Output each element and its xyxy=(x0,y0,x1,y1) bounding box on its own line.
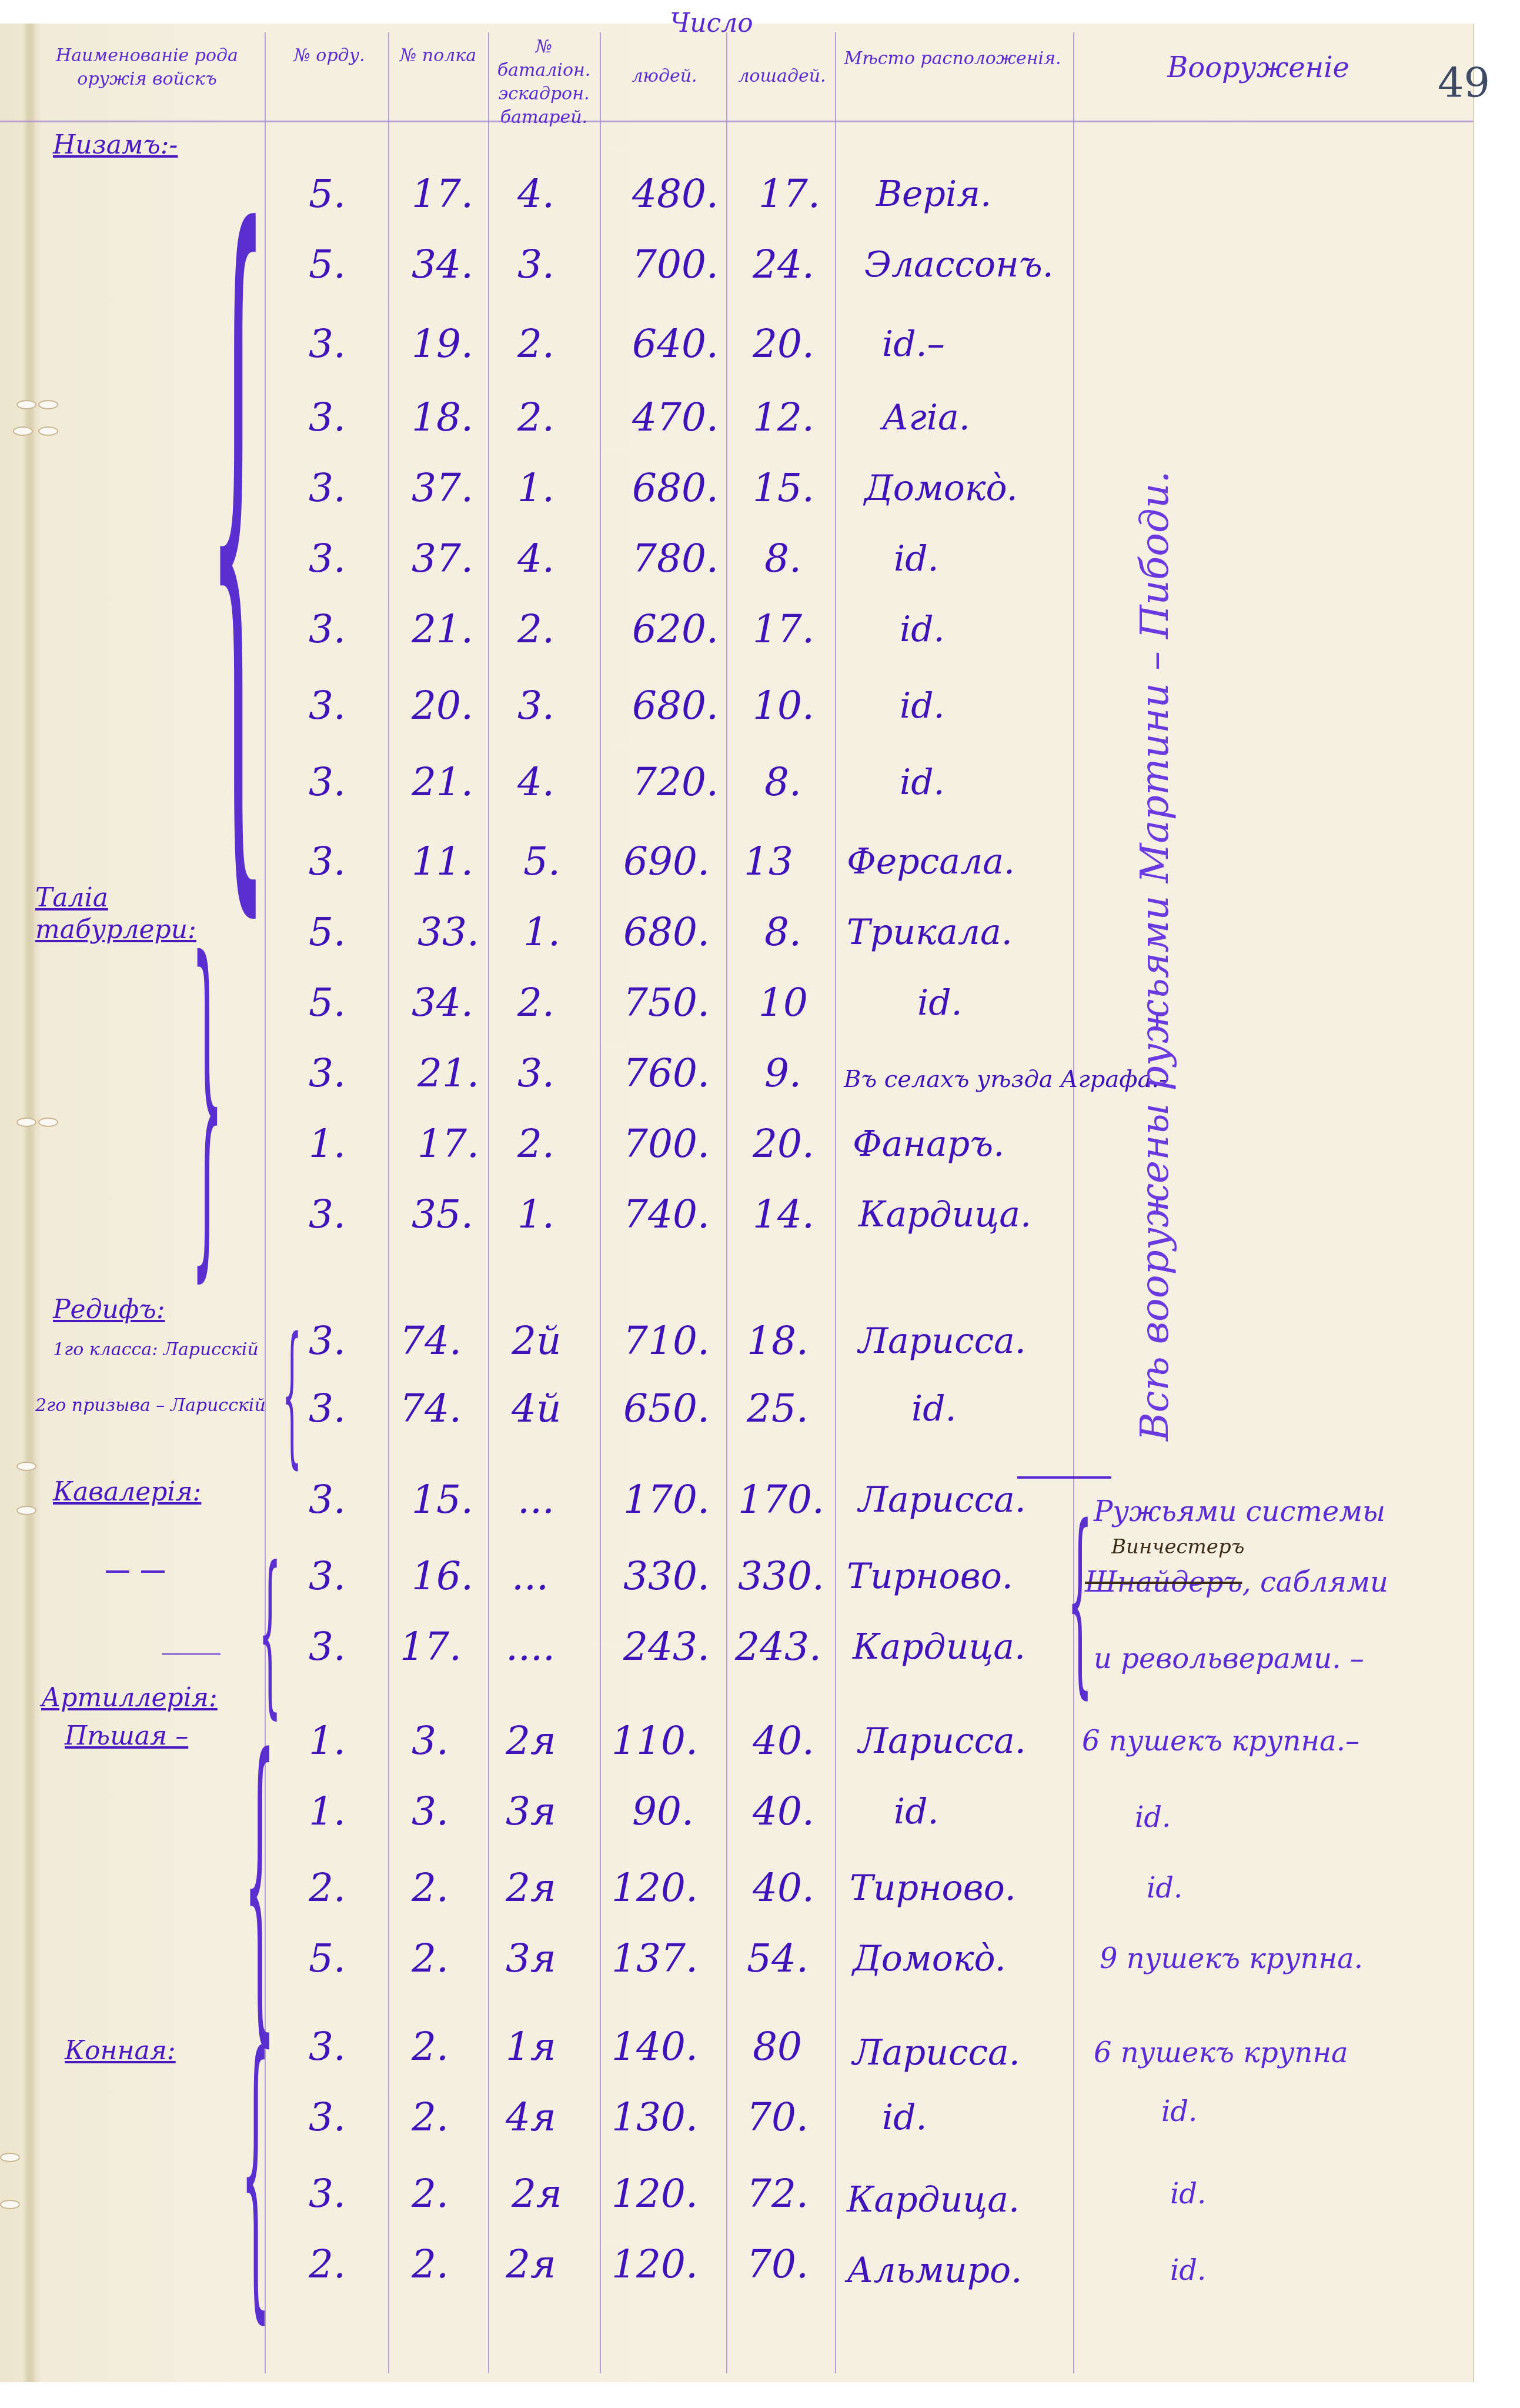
cell-battalion: 5. xyxy=(523,838,560,885)
cell-armament: id. xyxy=(1161,2094,1197,2129)
cell-ordu: 3. xyxy=(309,1476,346,1523)
column-rule xyxy=(1073,32,1074,2373)
punch-hole xyxy=(13,426,33,436)
cell-regiment: 17. xyxy=(417,1120,479,1168)
cell-place: Кардица. xyxy=(847,2176,1020,2223)
cell-ordu: 3. xyxy=(309,606,346,653)
cell-regiment: 19. xyxy=(412,321,473,368)
cell-ordu: 3. xyxy=(309,682,346,729)
cell-place: id.– xyxy=(882,321,945,368)
brace-horse-artillery: { xyxy=(241,2017,270,2323)
cell-ordu: 3. xyxy=(309,2094,346,2141)
cell-battalion: 2. xyxy=(517,321,554,368)
cell-horses: 70. xyxy=(747,2241,809,2288)
cell-battalion: 4. xyxy=(517,171,554,218)
cell-place: Ларисса. xyxy=(853,2029,1020,2076)
cell-ordu: 3. xyxy=(309,2170,346,2217)
section-label-cavalry: Кавалерія: xyxy=(53,1476,201,1508)
cell-armament: 6 пушекъ крупна xyxy=(1094,2035,1348,2070)
header-battalion-no: № баталіон. эскадрон. батарей. xyxy=(494,35,594,129)
header-count-title: Число xyxy=(623,12,800,35)
cell-men: 120. xyxy=(612,2170,698,2217)
punch-hole xyxy=(16,1462,36,1471)
cell-regiment: 2. xyxy=(412,2170,449,2217)
cell-place: Въ селахъ уѣзда Аграфа.- xyxy=(844,1056,1167,1103)
cell-battalion: 2. xyxy=(517,1120,554,1168)
cell-place: Ферсала. xyxy=(847,838,1015,885)
cell-ordu: 3. xyxy=(309,1191,346,1238)
cell-armament: id. xyxy=(1135,1800,1171,1835)
cell-horses: 10 xyxy=(759,979,808,1026)
armament-divider xyxy=(1017,1476,1111,1479)
cell-place: id. xyxy=(894,1788,939,1835)
cell-battalion: 2я xyxy=(506,1865,556,1912)
cell-place: Ларисса. xyxy=(858,1318,1026,1365)
cell-place: Домокò. xyxy=(864,465,1018,512)
cell-regiment: 17. xyxy=(412,171,473,218)
cell-horses: 15. xyxy=(753,465,814,512)
cell-place: id. xyxy=(900,606,945,653)
cell-men: 110. xyxy=(612,1717,698,1765)
redif-sublabel-1: 1го класса: Ларисскій xyxy=(53,1338,259,1362)
cell-place: id. xyxy=(894,535,939,582)
cell-battalion: 2я xyxy=(506,1717,556,1765)
cell-men: 620. xyxy=(632,606,719,653)
cell-regiment: 34. xyxy=(412,241,473,288)
cell-regiment: 2. xyxy=(412,2241,449,2288)
cell-men: 750. xyxy=(623,979,710,1026)
cell-place: Кардица. xyxy=(858,1191,1031,1238)
cell-horses: 80 xyxy=(753,2023,802,2070)
cell-battalion: 2. xyxy=(517,394,554,441)
cell-horses: 40. xyxy=(753,1717,814,1765)
cell-horses: 20. xyxy=(753,321,814,368)
cell-men: 780. xyxy=(632,535,719,582)
cell-men: 330. xyxy=(623,1553,710,1600)
cell-regiment: 2. xyxy=(412,1935,449,1982)
cavalry-armament-line1: Ружьями системы xyxy=(1094,1494,1385,1529)
infantry-armament-vertical-note: Всѣ вооружены ружьями Мартини – Пибоди. xyxy=(1132,471,1177,1441)
cell-men: 680. xyxy=(632,465,719,512)
header-location: Мѣсто расположенія. xyxy=(841,47,1064,71)
cell-men: 480. xyxy=(632,171,719,218)
cell-regiment: 74. xyxy=(400,1385,462,1432)
cell-horses: 40. xyxy=(753,1788,814,1835)
cell-men: 700. xyxy=(632,241,719,288)
cell-horses: 17. xyxy=(759,171,820,218)
cell-battalion: 3я xyxy=(506,1788,556,1835)
punch-hole xyxy=(38,426,58,436)
ditto-dash xyxy=(162,1653,221,1655)
cell-ordu: 3. xyxy=(309,465,346,512)
cell-horses: 330. xyxy=(738,1553,824,1600)
cell-ordu: 3. xyxy=(309,2023,346,2070)
cell-ordu: 3. xyxy=(309,838,346,885)
cell-battalion: 1. xyxy=(517,465,554,512)
cell-regiment: 15. xyxy=(412,1476,473,1523)
cell-men: 700. xyxy=(623,1120,710,1168)
cell-men: 137. xyxy=(612,1935,698,1982)
cell-ordu: 5. xyxy=(309,979,346,1026)
cell-place: id. xyxy=(882,2094,927,2141)
cell-place: Агіа. xyxy=(882,394,970,441)
cell-horses: 20. xyxy=(753,1120,814,1168)
cell-horses: 17. xyxy=(753,606,814,653)
column-rule xyxy=(600,32,601,2373)
cell-horses: 8. xyxy=(764,909,801,956)
cell-regiment: 16. xyxy=(412,1553,473,1600)
cell-place: Фанаръ. xyxy=(853,1120,1004,1168)
cell-men: 710. xyxy=(623,1318,710,1365)
cell-men: 130. xyxy=(612,2094,698,2141)
cell-regiment: 37. xyxy=(412,535,473,582)
cell-ordu: 3. xyxy=(309,1623,346,1670)
cell-ordu: 3. xyxy=(309,394,346,441)
cell-men: 720. xyxy=(632,759,719,806)
cell-place: Ларисса. xyxy=(858,1717,1026,1765)
punch-hole xyxy=(0,2153,20,2162)
cell-ordu: 1. xyxy=(309,1120,346,1168)
cell-battalion: ... xyxy=(512,1553,549,1600)
cell-battalion: 1. xyxy=(517,1191,554,1238)
cell-place: Кардица. xyxy=(853,1623,1025,1670)
cell-regiment: 35. xyxy=(412,1191,473,1238)
cell-place: Альмиро. xyxy=(847,2247,1022,2294)
header-ordu-no: № орду. xyxy=(276,44,382,68)
cell-regiment: 21. xyxy=(417,1050,479,1097)
cavalry-armament-correction: Винчестеръ xyxy=(1111,1535,1244,1559)
cell-place: Тирново. xyxy=(850,1865,1016,1912)
cell-ordu: 3. xyxy=(309,759,346,806)
cell-battalion: 3. xyxy=(517,1050,554,1097)
cell-battalion: 3. xyxy=(517,241,554,288)
cell-horses: 24. xyxy=(753,241,814,288)
cell-ordu: 3. xyxy=(309,1553,346,1600)
cell-ordu: 3. xyxy=(309,321,346,368)
cell-horses: 14. xyxy=(753,1191,814,1238)
cell-place: Домокò. xyxy=(853,1935,1006,1982)
cell-horses: 243. xyxy=(735,1623,821,1670)
cell-battalion: 4й xyxy=(512,1385,562,1432)
punch-hole xyxy=(16,1118,36,1127)
cell-ordu: 1. xyxy=(309,1788,346,1835)
brace-talia: { xyxy=(191,918,223,1282)
cell-men: 740. xyxy=(623,1191,710,1238)
armament-text: , саблями xyxy=(1242,1566,1388,1599)
cell-ordu: 2. xyxy=(309,2241,346,2288)
cell-men: 120. xyxy=(612,1865,698,1912)
cell-battalion: 2. xyxy=(517,979,554,1026)
cell-ordu: 3. xyxy=(309,1385,346,1432)
cell-men: 120. xyxy=(612,2241,698,2288)
cell-battalion: 4. xyxy=(517,535,554,582)
cell-horses: 10. xyxy=(753,682,814,729)
cell-men: 90. xyxy=(632,1788,694,1835)
cell-battalion: 2. xyxy=(517,606,554,653)
column-rule xyxy=(488,32,489,2373)
cell-horses: 70. xyxy=(747,2094,809,2141)
page-number: 49 xyxy=(1438,59,1490,107)
cell-men: 243. xyxy=(623,1623,710,1670)
section-label-redif: Редифъ: xyxy=(53,1294,165,1326)
cell-horses: 12. xyxy=(753,394,814,441)
cell-regiment: 21. xyxy=(412,606,473,653)
column-rule xyxy=(835,32,836,2373)
cell-armament: id. xyxy=(1170,2176,1206,2212)
cell-ordu: 3. xyxy=(309,535,346,582)
cell-regiment: 74. xyxy=(400,1318,462,1365)
cell-regiment: 37. xyxy=(412,465,473,512)
cell-battalion: 2я xyxy=(512,2170,562,2217)
section-label-horse-artillery: Конная: xyxy=(65,2035,176,2067)
struck-word: Шнайдеръ xyxy=(1085,1566,1242,1599)
section-label-artillery: Артиллерія: xyxy=(41,1682,218,1714)
punch-hole xyxy=(16,400,36,409)
cell-place: id. xyxy=(917,979,963,1026)
redif-sublabel-2: 2го призыва – Ларисскій xyxy=(35,1394,266,1418)
cell-regiment: 18. xyxy=(412,394,473,441)
cavalry-armament-line2: Шнайдеръ, саблями xyxy=(1085,1565,1388,1600)
cell-horses: 8. xyxy=(764,759,801,806)
cell-place: id. xyxy=(911,1385,957,1432)
cell-ordu: 1. xyxy=(309,1717,346,1765)
cell-regiment: 17. xyxy=(400,1623,462,1670)
punch-hole xyxy=(16,1506,36,1515)
punch-hole xyxy=(38,400,58,409)
cell-battalion: 4я xyxy=(506,2094,556,2141)
cell-horses: 40. xyxy=(753,1865,814,1912)
cell-horses: 13 xyxy=(744,838,793,885)
cell-regiment: 2. xyxy=(412,1865,449,1912)
cell-armament: 9 пушекъ крупна. xyxy=(1100,1941,1363,1976)
cell-ordu: 5. xyxy=(309,1935,346,1982)
cell-ordu: 5. xyxy=(309,909,346,956)
cell-battalion: ... xyxy=(517,1476,554,1523)
cell-men: 680. xyxy=(623,909,710,956)
punch-hole xyxy=(38,1118,58,1127)
brace-nizam: { xyxy=(209,147,267,912)
cell-men: 640. xyxy=(632,321,719,368)
cell-men: 690. xyxy=(623,838,710,885)
cell-regiment: 2. xyxy=(412,2094,449,2141)
cell-armament: id. xyxy=(1170,2253,1206,2288)
header-men: людей. xyxy=(606,65,723,88)
column-rule xyxy=(726,32,727,2373)
cell-place: Ларисса. xyxy=(858,1476,1026,1523)
cell-regiment: 21. xyxy=(412,759,473,806)
cell-horses: 170. xyxy=(738,1476,824,1523)
cell-men: 680. xyxy=(632,682,719,729)
section-label-nizam: Низамъ:- xyxy=(53,129,178,161)
ditto-dash xyxy=(141,1570,165,1573)
binding-fold xyxy=(22,24,35,2382)
cell-armament: 6 пушекъ крупна.– xyxy=(1082,1723,1359,1759)
cell-horses: 9. xyxy=(764,1050,801,1097)
cell-men: 470. xyxy=(632,394,719,441)
ditto-dash xyxy=(106,1570,129,1573)
cell-ordu: 5. xyxy=(309,241,346,288)
cell-men: 170. xyxy=(623,1476,710,1523)
cell-battalion: .... xyxy=(506,1623,555,1670)
cell-place: id. xyxy=(900,682,945,729)
cell-place: Верія. xyxy=(876,171,991,218)
cell-men: 760. xyxy=(623,1050,710,1097)
cell-place: Элассонъ. xyxy=(864,241,1054,288)
cell-horses: 8. xyxy=(764,535,801,582)
brace-redif: { xyxy=(282,1318,302,1470)
cell-armament: id. xyxy=(1147,1870,1182,1906)
cell-battalion: 4. xyxy=(517,759,554,806)
cell-place: Трикала. xyxy=(847,909,1013,956)
cell-ordu: 3. xyxy=(309,1050,346,1097)
cell-men: 140. xyxy=(612,2023,698,2070)
cell-place: id. xyxy=(900,759,945,806)
cell-men: 650. xyxy=(623,1385,710,1432)
punch-hole xyxy=(0,2200,20,2209)
cell-regiment: 2. xyxy=(412,2023,449,2070)
cell-battalion: 2я xyxy=(506,2241,556,2288)
cell-battalion: 1. xyxy=(523,909,560,956)
cell-ordu: 5. xyxy=(309,171,346,218)
cell-battalion: 1я xyxy=(506,2023,556,2070)
cell-regiment: 20. xyxy=(412,682,473,729)
brace-cavalry-armament: { xyxy=(1067,1500,1093,1700)
cavalry-armament-line3: и револьверами. – xyxy=(1094,1641,1364,1676)
column-rule xyxy=(388,32,389,2373)
cell-regiment: 34. xyxy=(412,979,473,1026)
cell-place: Тирново. xyxy=(847,1553,1013,1600)
cell-regiment: 3. xyxy=(412,1788,449,1835)
cell-battalion: 3я xyxy=(506,1935,556,1982)
header-armament: Вооруженіе xyxy=(1117,56,1399,79)
cell-ordu: 3. xyxy=(309,1318,346,1365)
cell-battalion: 2й xyxy=(512,1318,562,1365)
cell-horses: 54. xyxy=(747,1935,809,1982)
cell-battalion: 3. xyxy=(517,682,554,729)
section-sublabel-foot-artillery: Пѣшая – xyxy=(65,1720,188,1752)
cell-horses: 72. xyxy=(747,2170,809,2217)
cell-ordu: 2. xyxy=(309,1865,346,1912)
cell-regiment: 33. xyxy=(417,909,479,956)
header-regiment-no: № полка xyxy=(394,44,482,68)
header-horses: лошадей. xyxy=(729,65,835,88)
cell-regiment: 11. xyxy=(412,838,473,885)
cell-horses: 18. xyxy=(747,1318,809,1365)
cell-horses: 25. xyxy=(747,1385,809,1432)
cell-regiment: 3. xyxy=(412,1717,449,1765)
